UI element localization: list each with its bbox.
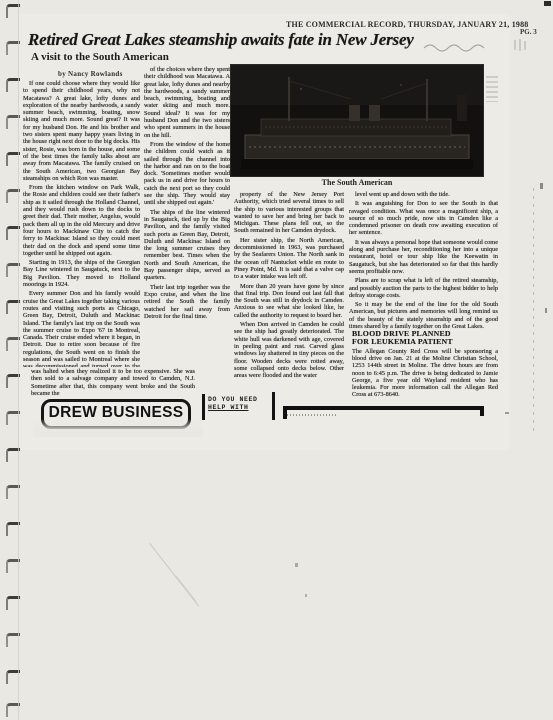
ad-box-faded-text [287, 414, 337, 416]
help-ad-line2: HELP WITH [208, 404, 258, 412]
blood-drive-heading: BLOOD DRIVE PLANNED FOR LEUKEMIA PATIENT [352, 330, 498, 346]
noise-speck [544, 1, 551, 6]
ad-box-corner-left [283, 406, 287, 419]
help-ad: DO YOU NEED HELP WITH [208, 396, 258, 412]
article-byline: by Nancy Rowlands [58, 70, 123, 78]
ad-box-corner-right [480, 406, 484, 416]
article-paragraph: When Don arrived in Camden he could see … [234, 321, 344, 379]
noise-speck [305, 594, 307, 597]
article-paragraph: It was anguishing for Don to see the Sou… [349, 200, 498, 236]
blood-drive-heading-line2: FOR LEUKEMIA PATIENT [352, 338, 498, 346]
photo-caption: The South American [231, 178, 483, 187]
help-ad-line1: DO YOU NEED [208, 396, 258, 404]
blood-drive-body: The Allegan County Red Cross will be spo… [352, 348, 498, 398]
pencil-scribble [420, 36, 530, 56]
article-subhead: A visit to the South American [31, 51, 169, 63]
copy-edge-artifact [533, 188, 534, 432]
clipping-cutoff-fade [33, 419, 203, 437]
article-paragraph: level went up and down with the tide. [349, 191, 498, 198]
crease-line [175, 575, 197, 602]
article-photo [231, 65, 483, 176]
ship-silhouette [231, 65, 483, 176]
article-paragraph: The ships of the line wintered in Saugat… [144, 209, 230, 282]
article-paragraph: Her sister ship, the North American, dec… [234, 237, 344, 281]
noise-speck [545, 308, 547, 313]
page-edge-line [18, 0, 19, 720]
article-column-1: If one could choose where they would lik… [23, 80, 140, 367]
article-paragraph: Starting in 1913, the ships of the Georg… [23, 259, 140, 288]
newspaper-scan-page: THE COMMERCIAL RECORD, THURSDAY, JANUARY… [0, 0, 553, 720]
article-paragraph: From the kitchen window on Park Walk, th… [23, 184, 140, 257]
article-column-4: level went up and down with the tide. It… [349, 191, 498, 329]
noise-speck [540, 183, 543, 189]
article-paragraph: of the choices where they spent their ch… [144, 66, 230, 139]
article-paragraph: From the window of the home the children… [144, 141, 230, 207]
noise-speck [295, 563, 298, 567]
page-number: PG. 3 [520, 28, 537, 36]
ad-divider-rule [272, 392, 275, 420]
photo-edge-noise [486, 76, 498, 102]
article-paragraph: If one could choose where they would lik… [23, 80, 140, 182]
ad-divider-rule [202, 394, 205, 420]
article-paragraph: Plans are to scrap what is left of the r… [349, 277, 498, 299]
publication-masthead: THE COMMERCIAL RECORD, THURSDAY, JANUARY… [286, 20, 550, 29]
ad-box-outline [283, 406, 484, 410]
article-paragraph: So it may be the end of the line for the… [349, 301, 498, 329]
article-paragraph: property of the New Jersey Port Authorit… [234, 191, 344, 235]
article-paragraph: It was always a personal hope that someo… [349, 239, 498, 275]
article-paragraph: Every summer Don and his family would cr… [23, 290, 140, 367]
article-paragraph: More than 20 years have gone by since th… [234, 283, 344, 319]
article-column-3: property of the New Jersey Port Authorit… [234, 191, 344, 403]
article-paragraph: Their last trip together was the Expo cr… [144, 284, 230, 320]
article-column-2: of the choices where they spent their ch… [144, 66, 230, 398]
noise-speck [505, 412, 509, 414]
